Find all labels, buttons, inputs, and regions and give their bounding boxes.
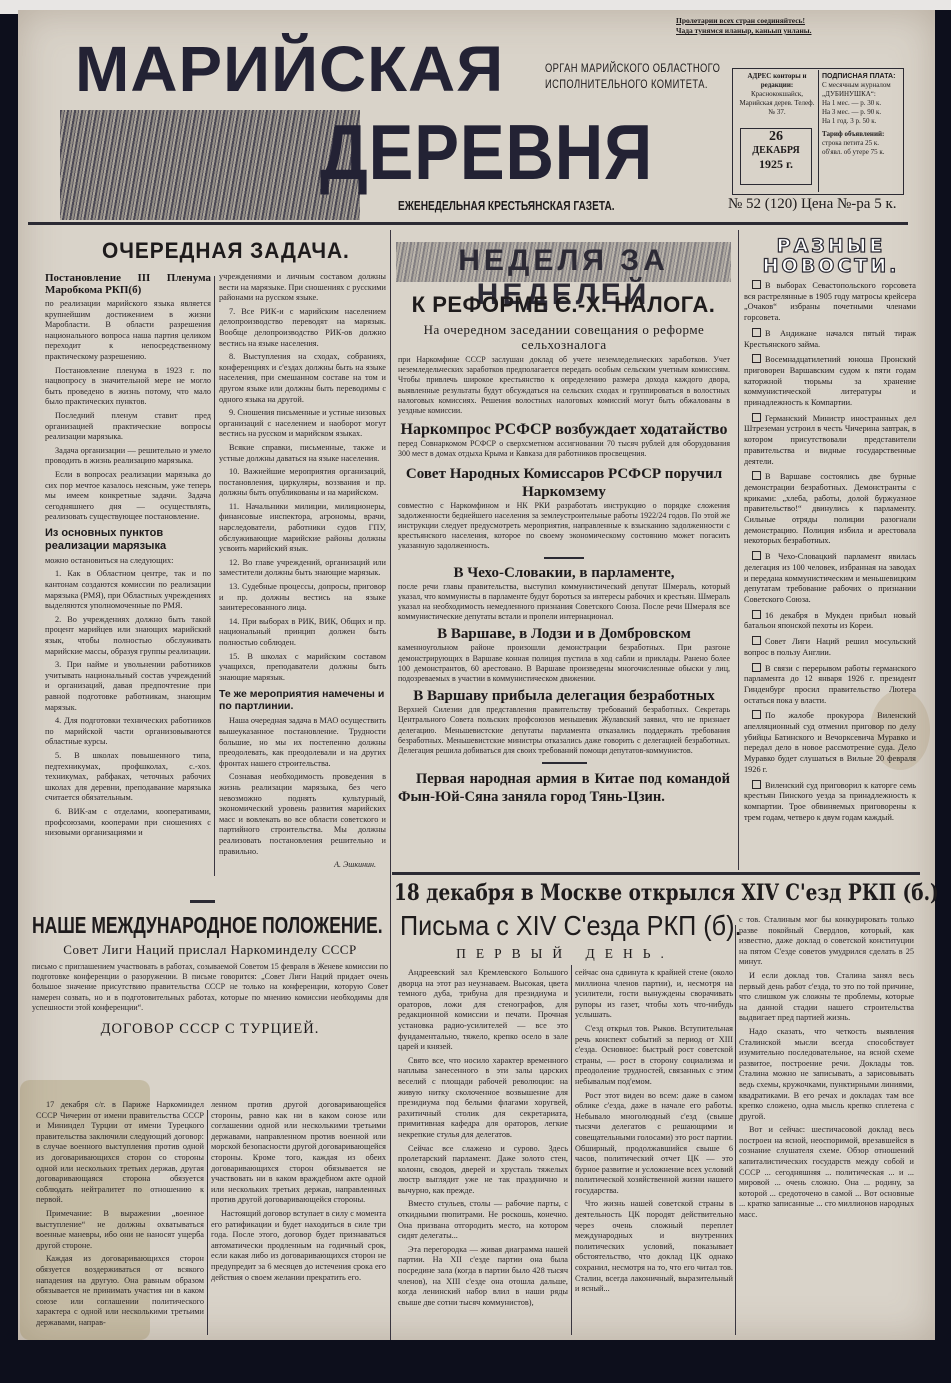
news-title: В Варшаву прибыла делегация безработных xyxy=(398,687,730,705)
paragraph: Эта перегородка — живая диаграмма нашей … xyxy=(398,1245,568,1309)
paragraph: Если в вопросах реализации марязыка до с… xyxy=(45,470,211,523)
checkbox-bullet-icon xyxy=(752,551,761,560)
organ-line-2: ИСПОЛНИТЕЛЬНОГО КОМИТЕТА. xyxy=(545,76,720,92)
list-item: 4. Для подготовки технических работников… xyxy=(45,716,211,748)
congress-banner: 18 декабря в Москве открылся XIV С'езд Р… xyxy=(394,880,839,906)
checkbox-bullet-icon xyxy=(752,280,761,289)
congress-letters-title: Письма с XIV С'езда РКП (б). xyxy=(400,910,697,942)
misc-news-text: Виленский суд приговорил к каторге семь … xyxy=(744,781,916,822)
paragraph: 17 декабря с/г. в Париже Наркоминдел ССС… xyxy=(36,1100,204,1206)
paragraph: по реализации марийского языка является … xyxy=(45,299,211,363)
subscription-title: ПОДПИСНАЯ ПЛАТА: xyxy=(822,72,900,81)
list-item: 13. Судебные процессы, допросы, приговор… xyxy=(219,582,386,614)
news-body: при Наркомфине СССР заслушан доклад об у… xyxy=(398,355,730,416)
headline-china-army: Первая народная армия в Китае под команд… xyxy=(398,770,730,806)
misc-news-list: В выборах Севастопольского горсовета вся… xyxy=(744,280,916,827)
news-body: каменноугольном районе произошли демонст… xyxy=(398,643,730,684)
news-body: после речи главы правительства, выступил… xyxy=(398,582,730,623)
masthead-village-illustration xyxy=(60,110,360,220)
checkbox-bullet-icon xyxy=(752,663,761,672)
league-headline: Совет Лиги Наций прислал Наркоминделу СС… xyxy=(32,942,388,957)
misc-news-text: В связи с перерывом работы германского п… xyxy=(744,664,916,705)
list-item: Всякие справки, письменные, также и устн… xyxy=(219,443,386,464)
news-title: На очередном заседании совещания о рефор… xyxy=(398,322,730,352)
lead-heading: Постановление III Пленума Маробкома РКП(… xyxy=(45,272,211,296)
misc-news-item: Германский Министр иностранных дел Штрез… xyxy=(744,413,916,468)
headline-tax-reform: К РЕФОРМЕ С.-Х. НАЛОГА. xyxy=(396,292,731,318)
paragraph: Рост этот виден во всем: даже в самом об… xyxy=(575,1091,733,1197)
paragraph: Что жизнь нашей советской страны в деяте… xyxy=(575,1199,733,1294)
checkbox-bullet-icon xyxy=(752,471,761,480)
left-article-col1: Постановление III Пленума Маробкома РКП(… xyxy=(45,272,211,842)
address-text: Краснококшайск, Марийская дерев. Телеф. … xyxy=(738,90,816,117)
subscription-note: С месячным журналом „ДУБИНУШКА“: xyxy=(822,81,900,99)
checkbox-bullet-icon xyxy=(752,636,761,645)
issue-date-box: 26 ДЕКАБРЯ 1925 г. xyxy=(740,128,812,185)
paragraph: с тов. Сталиным мог бы конкурировать тол… xyxy=(739,915,914,968)
paragraph: Вместо стульев, столы — рабочие парты, с… xyxy=(398,1199,568,1241)
list-item: 9. Сношения письменные и устные низовых … xyxy=(219,408,386,440)
misc-news-text: В выборах Севастопольского горсовета вся… xyxy=(744,281,916,322)
misc-news-title-1: РАЗНЫЕ xyxy=(742,236,920,256)
paragraph: Настоящий договор вступает в силу с моме… xyxy=(211,1209,386,1283)
news-body: перед Совнаркомом РСФСР о сверхсметном а… xyxy=(398,439,730,459)
paragraph: Вот и сейчас: шестичасовой доклад весь п… xyxy=(739,1125,914,1220)
treaty-col1: 17 декабря с/г. в Париже Наркоминдел ССС… xyxy=(36,1100,204,1331)
misc-news-text: В Андижане начался пятый тираж Крестьянс… xyxy=(744,329,916,349)
news-title: В Варшаве, в Лодзи и в Домбровском xyxy=(398,625,730,643)
masthead-title-line2: ДЕРЕВНЯ xyxy=(320,112,653,192)
congress-col2: сейчас она сдвинута к крайней стене (око… xyxy=(575,968,733,1298)
league-body: письмо с приглашением участвовать в рабо… xyxy=(32,962,388,1013)
section-header-week-by-week: НЕДЕЛЯ ЗА НЕДЕЛЕЙ xyxy=(396,238,731,288)
news-body: Верхней Силезии для представления правит… xyxy=(398,705,730,756)
list-item: 8. Выступления на сходах, собраниях, кон… xyxy=(219,352,386,405)
list-item: 1. Как в Областном центре, так и по кант… xyxy=(45,569,211,611)
international-title: НАШЕ МЕЖДУНАРОДНОЕ ПОЛОЖЕНИЕ. xyxy=(32,912,303,938)
paragraph: Свято все, что носило характер временног… xyxy=(398,1056,568,1141)
checkbox-bullet-icon xyxy=(752,328,761,337)
paragraph: Андреевский зал Кремлевского Большого дв… xyxy=(398,968,568,1053)
treaty-col2: ленном против другой договаривающейся ст… xyxy=(211,1100,386,1286)
subscription-info: ПОДПИСНАЯ ПЛАТА: С месячным журналом „ДУ… xyxy=(822,72,900,157)
paragraph: Задача организации — решительно и умело … xyxy=(45,446,211,467)
paragraph: ленном против другой договаривающейся ст… xyxy=(211,1100,386,1206)
checkbox-bullet-icon xyxy=(752,413,761,422)
section-divider xyxy=(190,900,215,903)
paragraph: С'езд открыл тов. Рыков. Вступительная р… xyxy=(575,1024,733,1088)
list-item: 2. Во учреждениях должно быть такой проц… xyxy=(45,615,211,657)
misc-news-item: В связи с перерывом работы германского п… xyxy=(744,663,916,707)
masthead-rule xyxy=(28,222,908,225)
misc-news-text: Совет Лиги Наций решил мосульский вопрос… xyxy=(744,637,916,657)
congress-col3: с тов. Сталиным мог бы конкурировать тол… xyxy=(739,915,914,1224)
organ-line-1: ОРГАН МАРИЙСКОГО ОБЛАСТНОГО xyxy=(545,60,720,76)
ads-rate-title: Тариф объявлений: xyxy=(822,130,900,139)
list-item: 6. ВИК-ам с отделами, кооперативами, про… xyxy=(45,807,211,839)
scan-bottom-margin xyxy=(0,1340,951,1383)
article-title-ocherednaya-zadacha: ОЧЕРЕДНАЯ ЗАДАЧА. xyxy=(45,238,368,264)
editorial-address: АДРЕС конторы и редакции: Краснококшайск… xyxy=(738,72,816,117)
masthead-title-line1: МАРИЙСКАЯ xyxy=(75,36,504,102)
section-rule xyxy=(392,872,920,875)
checkbox-bullet-icon xyxy=(752,780,761,789)
misc-news-text: В Чехо-Словацкий парламент явилась делег… xyxy=(744,552,916,604)
news-title: В Чехо-Словакии, в парламенте, xyxy=(398,564,730,582)
misc-news-item: 16 декабря в Мукден прибыл новый батальо… xyxy=(744,610,916,632)
ads-rate-text: строка петита 25 к. об'явл. об утере 75 … xyxy=(822,139,900,157)
treaty-headline: ДОГОВОР СССР С ТУРЦИЕЙ. xyxy=(32,1021,388,1038)
masthead-slogan: Пролетарии всех стран соединяйтесь! Чада… xyxy=(676,16,898,36)
date-year: 1925 г. xyxy=(741,157,811,171)
checkbox-bullet-icon xyxy=(752,610,761,619)
misc-news-item: Восемнадцатилетний юноша Пронский пригов… xyxy=(744,354,916,409)
misc-news-text: В Варшаве состоялись две бурные демонстр… xyxy=(744,472,916,545)
misc-news-item: В Андижане начался пятый тираж Крестьянс… xyxy=(744,328,916,350)
paragraph: Надо сказать, что четкость выявления Ста… xyxy=(739,1027,914,1122)
subscription-rate: На 1 год. 3 р. 50 к. xyxy=(822,117,900,126)
paragraph: Примечание: В выражении „военное выступл… xyxy=(36,1209,204,1251)
list-item: можно остановиться на следующих: xyxy=(45,556,211,567)
list-item: 11. Начальники милиции, милиционеры, фин… xyxy=(219,502,386,555)
paragraph: И если доклад тов. Сталина занял весь пе… xyxy=(739,971,914,1024)
news-title: Наркомпрос РСФСР возбуждает ходатайство xyxy=(398,420,730,439)
congress-col1: Андреевский зал Кремлевского Большого дв… xyxy=(398,968,568,1311)
organ-statement: ОРГАН МАРИЙСКОГО ОБЛАСТНОГО ИСПОЛНИТЕЛЬН… xyxy=(545,60,720,92)
list-item: 7. Все РИК-и с марийским населением дело… xyxy=(219,307,386,349)
paragraph: Сейчас все слажено и сурово. Здесь проле… xyxy=(398,1144,568,1197)
divider xyxy=(544,557,584,559)
list-item: 5. В школах повышенного типа, педтехнику… xyxy=(45,751,211,804)
list-item: 15. В школах с марийским составом учащих… xyxy=(219,652,386,684)
date-day: 26 xyxy=(741,129,811,145)
list-item: 12. Во главе учреждений, организаций или… xyxy=(219,558,386,579)
subscription-rate: На 1 мес. — р. 30 к. xyxy=(822,99,900,108)
list-item: 14. При выборах в РИК, ВИК, Общих и пр. … xyxy=(219,617,386,649)
misc-news-item: Совет Лиги Наций решил мосульский вопрос… xyxy=(744,636,916,658)
slogan-russian: Пролетарии всех стран соединяйтесь! xyxy=(676,16,898,26)
center-news-column: На очередном заседании совещания о рефор… xyxy=(398,322,730,806)
misc-news-text: Германский Министр иностранных дел Штрез… xyxy=(744,414,916,466)
subheading-main-points: Из основных пунктов реализации марязыка xyxy=(45,527,211,553)
list-item: 3. При найме и увольнении работников учи… xyxy=(45,660,211,713)
misc-news-text: Восемнадцатилетний юноша Пронский пригов… xyxy=(744,355,916,407)
scan-right-margin xyxy=(935,10,951,1380)
news-title: Совет Народных Комиссаров РСФСР поручил … xyxy=(398,465,730,501)
slogan-mari: Чада тунямся иланыр, каньып унланы. xyxy=(676,26,898,36)
international-section: НАШЕ МЕЖДУНАРОДНОЕ ПОЛОЖЕНИЕ. Совет Лиги… xyxy=(32,912,388,1038)
masthead-subtitle: ЕЖЕНЕДЕЛЬНАЯ КРЕСТЬЯНСКАЯ ГАЗЕТА. xyxy=(398,198,615,213)
paragraph: Постановление пленума в 1923 г. по нацво… xyxy=(45,366,211,408)
paragraph: Наша очередная задача в МАО осуществить … xyxy=(219,716,386,769)
checkbox-bullet-icon xyxy=(752,354,761,363)
subheading-party-line: Те же мероприятия намечены и по партлини… xyxy=(219,688,386,712)
paragraph: сейчас она сдвинута к крайней стене (око… xyxy=(575,968,733,1021)
left-article-col2: учреждениями и личным составом должны ве… xyxy=(219,272,386,869)
paragraph: Сознавая необходимость проведения в жизн… xyxy=(219,772,386,857)
misc-news-item: По жалобе прокурора Виленский апелляцион… xyxy=(744,710,916,775)
paragraph: учреждениями и личным составом должны ве… xyxy=(219,272,386,304)
misc-news-item: В Чехо-Словацкий парламент явилась делег… xyxy=(744,551,916,606)
date-month: ДЕКАБРЯ xyxy=(741,145,811,157)
subscription-rate: На 3 мес. — р. 90 к. xyxy=(822,108,900,117)
misc-news-item: В Варшаве состоялись две бурные демонстр… xyxy=(744,471,916,547)
misc-news-item: В выборах Севастопольского горсовета вся… xyxy=(744,280,916,324)
address-label: АДРЕС конторы и редакции: xyxy=(738,72,816,90)
congress-first-day: ПЕРВЫЙ ДЕНЬ. xyxy=(400,946,730,962)
misc-news-item: Виленский суд приговорил к каторге семь … xyxy=(744,780,916,824)
article-signature: А. Эшкинин. xyxy=(219,860,386,869)
misc-news-text: 16 декабря в Мукден прибыл новый батальо… xyxy=(744,611,916,631)
divider xyxy=(542,762,587,764)
misc-news-title-2: НОВОСТИ. xyxy=(742,256,920,276)
checkbox-bullet-icon xyxy=(752,710,761,719)
paragraph: Последний пленум ставит пред организацие… xyxy=(45,411,211,443)
misc-news-header: РАЗНЫЕ НОВОСТИ. xyxy=(742,236,920,276)
issue-number-price: № 52 (120) Цена №-ра 5 к. xyxy=(728,196,896,213)
paragraph: Каждая из договаривающихся сторон обязуе… xyxy=(36,1254,204,1328)
news-body: совместно с Наркомфином и НК РКИ разрабо… xyxy=(398,501,730,552)
misc-news-text: По жалобе прокурора Виленский апелляцион… xyxy=(744,711,916,774)
list-item: 10. Важнейшие мероприятия организаций, п… xyxy=(219,467,386,499)
